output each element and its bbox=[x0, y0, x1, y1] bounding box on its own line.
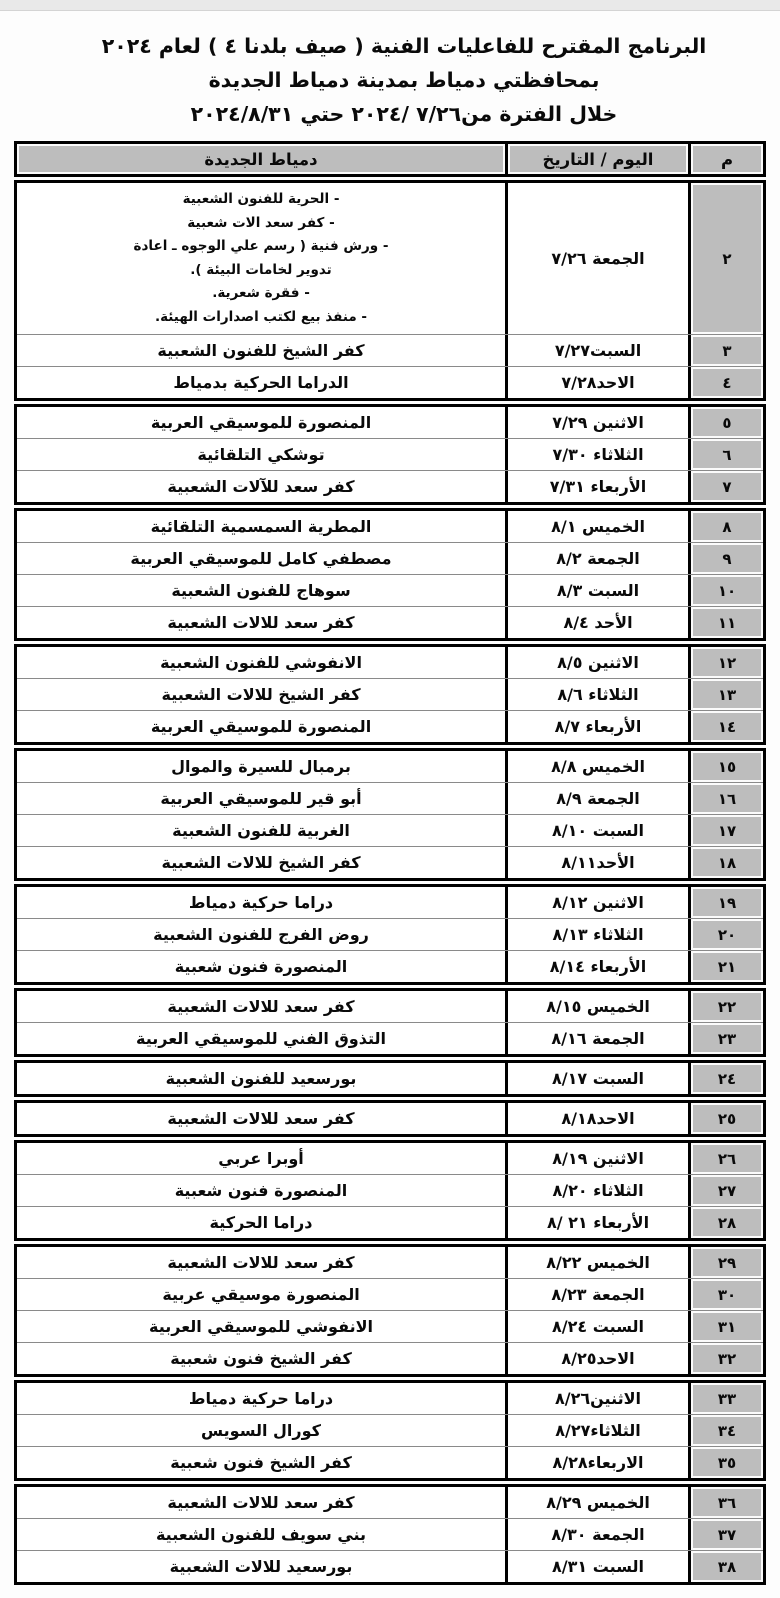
venue-cell: كفر سعد للالات الشعبية bbox=[17, 1103, 505, 1134]
table-row: ٢الجمعة ٧/٢٦- الحرية للفنون الشعبية- كفر… bbox=[17, 183, 763, 334]
row-number-cell: ١٩ bbox=[688, 887, 763, 918]
venue-text: كفر الشيخ للالات الشعبية bbox=[161, 685, 360, 704]
venue-text: كورال السويس bbox=[201, 1421, 321, 1440]
row-group: ٨الخميس ٨/١المطرية السمسمية التلقائية٩ال… bbox=[14, 508, 766, 641]
venue-text: التذوق الفني للموسيقي العربية bbox=[136, 1029, 386, 1048]
day-date-text: الجمعة ٨/١٦ bbox=[551, 1029, 644, 1048]
day-date-cell: الثلاثاء٨/٢٧ bbox=[505, 1415, 688, 1446]
day-date-text: الأربعاء ٨/٧ bbox=[555, 717, 642, 736]
day-date-text: الثلاثاء ٧/٣٠ bbox=[552, 445, 643, 464]
row-group: ٢٦الاثنين ٨/١٩أوبرا عربي٢٧الثلاثاء ٨/٢٠ا… bbox=[14, 1140, 766, 1241]
venue-cell: الانفوشي للموسيقي العربية bbox=[17, 1311, 505, 1342]
schedule-table: م اليوم / التاريخ دمياط الجديدة ٢الجمعة … bbox=[14, 141, 766, 1585]
venue-cell: الدراما الحركية بدمياط bbox=[17, 367, 505, 398]
venue-cell: كفر سعد للالات الشعبية bbox=[17, 1247, 505, 1278]
day-date-text: الجمعة ٨/٢ bbox=[556, 549, 639, 568]
row-number: ٨ bbox=[722, 518, 731, 536]
row-number-cell: ٢٨ bbox=[688, 1207, 763, 1238]
venue-cell: دراما حركية دمياط bbox=[17, 887, 505, 918]
venue-cell: برمبال للسيرة والموال bbox=[17, 751, 505, 782]
day-date-text: الاحد٨/٢٥ bbox=[561, 1349, 634, 1368]
row-number: ١١ bbox=[718, 614, 736, 632]
table-row: ٢٢الخميس ٨/١٥كفر سعد للالات الشعبية bbox=[17, 991, 763, 1022]
venue-cell: أوبرا عربي bbox=[17, 1143, 505, 1174]
table-row: ٢١الأربعاء ٨/١٤المنصورة فنون شعبية bbox=[17, 950, 763, 982]
row-number-cell: ٣٤ bbox=[688, 1415, 763, 1446]
venue-text: دراما حركية دمياط bbox=[189, 1389, 333, 1408]
day-date-cell: السبت ٨/١٠ bbox=[505, 815, 688, 846]
row-number: ٣٣ bbox=[718, 1390, 736, 1408]
venue-text: مصطفي كامل للموسيقي العربية bbox=[130, 549, 391, 568]
day-date-cell: الخميس ٨/٢٢ bbox=[505, 1247, 688, 1278]
row-number-cell: ٢٦ bbox=[688, 1143, 763, 1174]
table-header-row: م اليوم / التاريخ دمياط الجديدة bbox=[14, 141, 766, 177]
day-date-cell: الثلاثاء ٨/١٣ bbox=[505, 919, 688, 950]
row-number: ٢٥ bbox=[718, 1110, 736, 1128]
venue-text: دراما الحركية bbox=[210, 1213, 313, 1232]
venue-cell: المنصورة موسيقي عربية bbox=[17, 1279, 505, 1310]
day-date-text: الاثنين ٨/١٢ bbox=[552, 893, 644, 912]
venue-text: كفر سعد للالات الشعبية bbox=[167, 1493, 354, 1512]
table-row: ١٥الخميس ٨/٨برمبال للسيرة والموال bbox=[17, 751, 763, 782]
day-date-cell: الأحد٨/١١ bbox=[505, 847, 688, 878]
table-row: ٩الجمعة ٨/٢مصطفي كامل للموسيقي العربية bbox=[17, 542, 763, 574]
venue-cell: كفر سعد للالات الشعبية bbox=[17, 1487, 505, 1518]
table-row: ١٨الأحد٨/١١كفر الشيخ للالات الشعبية bbox=[17, 846, 763, 878]
day-date-cell: السبت ٨/٢٤ bbox=[505, 1311, 688, 1342]
row-number: ٣٧ bbox=[718, 1526, 736, 1544]
scan-top-strip bbox=[0, 0, 780, 11]
day-date-text: الثلاثاء ٨/٢٠ bbox=[552, 1181, 643, 1200]
header-venue-label: دمياط الجديدة bbox=[204, 150, 317, 169]
day-date-cell: السبت ٨/٣١ bbox=[505, 1551, 688, 1582]
venue-activity-line: - كفر سعد الات شعبية bbox=[21, 212, 501, 236]
day-date-cell: الاثنين٨/٢٦ bbox=[505, 1383, 688, 1414]
day-date-cell: الأربعاء ٨/١٤ bbox=[505, 951, 688, 982]
row-number: ٢٨ bbox=[718, 1214, 736, 1232]
venue-text: أوبرا عربي bbox=[218, 1149, 304, 1168]
row-number: ٢٧ bbox=[718, 1182, 736, 1200]
header-row: م اليوم / التاريخ دمياط الجديدة bbox=[17, 144, 763, 174]
row-number-cell: ١٣ bbox=[688, 679, 763, 710]
row-number: ٢٦ bbox=[718, 1150, 736, 1168]
row-number: ٣١ bbox=[718, 1318, 736, 1336]
header-day-date-label: اليوم / التاريخ bbox=[543, 150, 654, 169]
row-number-cell: ٩ bbox=[688, 543, 763, 574]
row-number-cell: ١٢ bbox=[688, 647, 763, 678]
document-title: البرنامج المقترح للفاعليات الفنية ( صيف … bbox=[84, 29, 724, 131]
row-number: ٢٠ bbox=[718, 926, 736, 944]
row-number: ١٩ bbox=[718, 894, 736, 912]
venue-cell: المنصورة فنون شعبية bbox=[17, 1175, 505, 1206]
venue-text: بني سويف للفنون الشعبية bbox=[156, 1525, 366, 1544]
row-number: ٢٢ bbox=[718, 998, 736, 1016]
venue-cell: كفر الشيخ للالات الشعبية bbox=[17, 679, 505, 710]
row-number: ١٣ bbox=[718, 686, 736, 704]
venue-cell: توشكي التلقائية bbox=[17, 439, 505, 470]
day-date-text: السبت٧/٢٧ bbox=[555, 341, 641, 360]
day-date-text: الاحد٨/١٨ bbox=[561, 1109, 634, 1128]
row-number-cell: ١٥ bbox=[688, 751, 763, 782]
row-group: ٥الاثنين ٧/٢٩المنصورة للموسيقي العربية٦ا… bbox=[14, 404, 766, 505]
venue-activity-line: تدوير لخامات البيئة ). bbox=[21, 259, 501, 283]
table-row: ٧الأربعاء ٧/٣١كفر سعد للآلات الشعبية bbox=[17, 470, 763, 502]
header-number-label: م bbox=[721, 150, 733, 169]
row-number-cell: ٥ bbox=[688, 407, 763, 438]
day-date-cell: الأربعاء ٧/٣١ bbox=[505, 471, 688, 502]
day-date-cell: الخميس ٨/١ bbox=[505, 511, 688, 542]
venue-text: كفر الشيخ للالات الشعبية bbox=[161, 853, 360, 872]
row-number-cell: ٣١ bbox=[688, 1311, 763, 1342]
venue-text: سوهاج للفنون الشعبية bbox=[171, 581, 350, 600]
row-number-cell: ٣٨ bbox=[688, 1551, 763, 1582]
day-date-text: السبت ٨/٢٤ bbox=[552, 1317, 644, 1336]
table-row: ٢٦الاثنين ٨/١٩أوبرا عربي bbox=[17, 1143, 763, 1174]
table-row: ٢٨الأربعاء ٢١ /٨دراما الحركية bbox=[17, 1206, 763, 1238]
row-number: ٣٠ bbox=[718, 1286, 736, 1304]
venue-cell: المنصورة فنون شعبية bbox=[17, 951, 505, 982]
row-number-cell: ٣ bbox=[688, 335, 763, 366]
venue-cell: كفر سعد للالات الشعبية bbox=[17, 991, 505, 1022]
day-date-text: الاثنين ٨/٥ bbox=[557, 653, 639, 672]
table-row: ١٤الأربعاء ٨/٧المنصورة للموسيقي العربية bbox=[17, 710, 763, 742]
venue-text: المنصورة فنون شعبية bbox=[175, 1181, 348, 1200]
venue-activity-line: - الحرية للفنون الشعبية bbox=[21, 188, 501, 212]
venue-cell: الغربية للفنون الشعبية bbox=[17, 815, 505, 846]
venue-cell: بورسعيد للفنون الشعبية bbox=[17, 1063, 505, 1094]
row-number-cell: ١١ bbox=[688, 607, 763, 638]
venue-cell: الانفوشي للفنون الشعبية bbox=[17, 647, 505, 678]
day-date-cell: الجمعة ٨/١٦ bbox=[505, 1023, 688, 1054]
header-cell-venue: دمياط الجديدة bbox=[17, 144, 505, 174]
row-group: ٢٢الخميس ٨/١٥كفر سعد للالات الشعبية٢٣الج… bbox=[14, 988, 766, 1057]
row-number: ٣٤ bbox=[718, 1422, 736, 1440]
table-row: ٣١السبت ٨/٢٤الانفوشي للموسيقي العربية bbox=[17, 1310, 763, 1342]
row-number-cell: ٢٠ bbox=[688, 919, 763, 950]
venue-text: الدراما الحركية بدمياط bbox=[173, 373, 348, 392]
header-cell-number: م bbox=[688, 144, 763, 174]
day-date-text: الجمعة ٧/٢٦ bbox=[551, 249, 644, 268]
table-row: ٣٧الجمعة ٨/٣٠بني سويف للفنون الشعبية bbox=[17, 1518, 763, 1550]
row-number-cell: ١٤ bbox=[688, 711, 763, 742]
day-date-text: الاحد٧/٢٨ bbox=[561, 373, 634, 392]
table-row: ٦الثلاثاء ٧/٣٠توشكي التلقائية bbox=[17, 438, 763, 470]
day-date-text: الثلاثاء ٨/٦ bbox=[557, 685, 638, 704]
title-line-3: خلال الفترة من٧/٢٦ /٢٠٢٤ حتي ٢٠٢٤/٨/٣١ bbox=[84, 97, 724, 131]
table-row: ٢٣الجمعة ٨/١٦التذوق الفني للموسيقي العرب… bbox=[17, 1022, 763, 1054]
row-number: ٣٦ bbox=[718, 1494, 736, 1512]
day-date-text: الاثنين ٨/١٩ bbox=[552, 1149, 644, 1168]
venue-cell: كفر الشيخ للفنون الشعبية bbox=[17, 335, 505, 366]
row-number-cell: ٣٢ bbox=[688, 1343, 763, 1374]
venue-cell: التذوق الفني للموسيقي العربية bbox=[17, 1023, 505, 1054]
venue-text: كفر سعد للالات الشعبية bbox=[167, 613, 354, 632]
day-date-text: الثلاثاء٨/٢٧ bbox=[555, 1421, 641, 1440]
venue-cell: أبو قير للموسيقي العربية bbox=[17, 783, 505, 814]
venue-cell: دراما الحركية bbox=[17, 1207, 505, 1238]
day-date-cell: الأربعاء ٢١ /٨ bbox=[505, 1207, 688, 1238]
row-number-cell: ٦ bbox=[688, 439, 763, 470]
row-number: ٢ bbox=[722, 250, 731, 268]
row-number: ١٤ bbox=[718, 718, 736, 736]
venue-cell: روض الفرج للفنون الشعبية bbox=[17, 919, 505, 950]
day-date-text: السبت ٨/٣ bbox=[557, 581, 639, 600]
row-group: ١٥الخميس ٨/٨برمبال للسيرة والموال١٦الجمع… bbox=[14, 748, 766, 881]
row-number-cell: ٣٧ bbox=[688, 1519, 763, 1550]
venue-text: بورسعيد للالات الشعبية bbox=[170, 1557, 353, 1576]
day-date-cell: الأحد ٨/٤ bbox=[505, 607, 688, 638]
table-row: ٢٠الثلاثاء ٨/١٣روض الفرج للفنون الشعبية bbox=[17, 918, 763, 950]
venue-text: المنصورة فنون شعبية bbox=[175, 957, 348, 976]
table-row: ٣٥الاربعاء٨/٢٨كفر الشيخ فنون شعبية bbox=[17, 1446, 763, 1478]
row-number-cell: ٣٠ bbox=[688, 1279, 763, 1310]
row-number-cell: ٣٦ bbox=[688, 1487, 763, 1518]
venue-cell: سوهاج للفنون الشعبية bbox=[17, 575, 505, 606]
day-date-text: الجمعة ٨/٢٣ bbox=[551, 1285, 644, 1304]
row-number-cell: ٢٥ bbox=[688, 1103, 763, 1134]
venue-cell: كورال السويس bbox=[17, 1415, 505, 1446]
day-date-cell: الاثنين ٨/١٢ bbox=[505, 887, 688, 918]
row-number: ٢٤ bbox=[718, 1070, 736, 1088]
venue-text: الانفوشي للموسيقي العربية bbox=[149, 1317, 373, 1336]
header-cell-day-date: اليوم / التاريخ bbox=[505, 144, 688, 174]
day-date-text: الخميس ٨/١ bbox=[551, 517, 645, 536]
day-date-cell: الجمعة ٨/٩ bbox=[505, 783, 688, 814]
table-row: ٣٢الاحد٨/٢٥كفر الشيخ فنون شعبية bbox=[17, 1342, 763, 1374]
row-number: ١٨ bbox=[718, 854, 736, 872]
table-row: ٥الاثنين ٧/٢٩المنصورة للموسيقي العربية bbox=[17, 407, 763, 438]
day-date-text: السبت ٨/١٠ bbox=[552, 821, 644, 840]
day-date-cell: الاحد٨/١٨ bbox=[505, 1103, 688, 1134]
table-row: ١٦الجمعة ٨/٩أبو قير للموسيقي العربية bbox=[17, 782, 763, 814]
day-date-text: الأربعاء ٢١ /٨ bbox=[547, 1213, 649, 1232]
row-group: ١٩الاثنين ٨/١٢دراما حركية دمياط٢٠الثلاثا… bbox=[14, 884, 766, 985]
table-row: ٣٨السبت ٨/٣١بورسعيد للالات الشعبية bbox=[17, 1550, 763, 1582]
venue-cell: المنصورة للموسيقي العربية bbox=[17, 407, 505, 438]
venue-text: المنصورة للموسيقي العربية bbox=[151, 717, 371, 736]
row-number: ١٢ bbox=[718, 654, 736, 672]
table-row: ٣٠الجمعة ٨/٢٣المنصورة موسيقي عربية bbox=[17, 1278, 763, 1310]
table-row: ٨الخميس ٨/١المطرية السمسمية التلقائية bbox=[17, 511, 763, 542]
day-date-cell: الجمعة ٨/٢ bbox=[505, 543, 688, 574]
day-date-text: الخميس ٨/٢٢ bbox=[546, 1253, 650, 1272]
venue-text: كفر الشيخ فنون شعبية bbox=[170, 1349, 352, 1368]
table-row: ٣٦الخميس ٨/٢٩كفر سعد للالات الشعبية bbox=[17, 1487, 763, 1518]
day-date-text: الاثنين٨/٢٦ bbox=[555, 1389, 641, 1408]
row-number-cell: ١٦ bbox=[688, 783, 763, 814]
table-row: ٤الاحد٧/٢٨الدراما الحركية بدمياط bbox=[17, 366, 763, 398]
row-number-cell: ٢٣ bbox=[688, 1023, 763, 1054]
venue-activity-line: - ورش فنية ( رسم علي الوجوه ـ اعادة bbox=[21, 235, 501, 259]
day-date-text: الاربعاء٨/٢٨ bbox=[553, 1453, 644, 1472]
row-number-cell: ٤ bbox=[688, 367, 763, 398]
table-row: ٢٥الاحد٨/١٨كفر سعد للالات الشعبية bbox=[17, 1103, 763, 1134]
row-number: ٢٩ bbox=[718, 1254, 736, 1272]
day-date-cell: الثلاثاء ٨/٦ bbox=[505, 679, 688, 710]
day-date-cell: الاحد٨/٢٥ bbox=[505, 1343, 688, 1374]
row-group: ٣٣الاثنين٨/٢٦دراما حركية دمياط٣٤الثلاثاء… bbox=[14, 1380, 766, 1481]
venue-text: الغربية للفنون الشعبية bbox=[172, 821, 350, 840]
row-number-cell: ١٠ bbox=[688, 575, 763, 606]
day-date-text: الثلاثاء ٨/١٣ bbox=[552, 925, 643, 944]
title-line-2: بمحافظتي دمياط بمدينة دمياط الجديدة bbox=[84, 63, 724, 97]
row-number: ٣٢ bbox=[718, 1350, 736, 1368]
day-date-text: الأحد ٨/٤ bbox=[563, 613, 632, 632]
row-number: ٧ bbox=[722, 478, 731, 496]
venue-cell: كفر الشيخ فنون شعبية bbox=[17, 1343, 505, 1374]
venue-text: كفر سعد للالات الشعبية bbox=[167, 1253, 354, 1272]
day-date-cell: الجمعة ٨/٣٠ bbox=[505, 1519, 688, 1550]
row-number-cell: ٢١ bbox=[688, 951, 763, 982]
table-body-groups: ٢الجمعة ٧/٢٦- الحرية للفنون الشعبية- كفر… bbox=[14, 180, 766, 1585]
row-group: ٢٤السبت ٨/١٧بورسعيد للفنون الشعبية bbox=[14, 1060, 766, 1097]
row-number: ٣ bbox=[722, 342, 731, 360]
venue-cell: كفر سعد للآلات الشعبية bbox=[17, 471, 505, 502]
venue-text: برمبال للسيرة والموال bbox=[171, 757, 351, 776]
day-date-cell: الاحد٧/٢٨ bbox=[505, 367, 688, 398]
table-row: ٣السبت٧/٢٧كفر الشيخ للفنون الشعبية bbox=[17, 334, 763, 366]
row-group: ٢الجمعة ٧/٢٦- الحرية للفنون الشعبية- كفر… bbox=[14, 180, 766, 401]
row-number: ٤ bbox=[722, 374, 731, 392]
venue-text: بورسعيد للفنون الشعبية bbox=[166, 1069, 357, 1088]
table-row: ٣٤الثلاثاء٨/٢٧كورال السويس bbox=[17, 1414, 763, 1446]
row-number: ١٧ bbox=[718, 822, 736, 840]
row-number-cell: ٧ bbox=[688, 471, 763, 502]
venue-text: روض الفرج للفنون الشعبية bbox=[153, 925, 369, 944]
day-date-cell: الاثنين ٨/٥ bbox=[505, 647, 688, 678]
venue-activity-line: - فقرة شعرية. bbox=[21, 282, 501, 306]
table-row: ١٩الاثنين ٨/١٢دراما حركية دمياط bbox=[17, 887, 763, 918]
day-date-cell: السبت ٨/٣ bbox=[505, 575, 688, 606]
day-date-text: السبت ٨/١٧ bbox=[552, 1069, 644, 1088]
row-number-cell: ٨ bbox=[688, 511, 763, 542]
venue-text: كفر سعد للالات الشعبية bbox=[167, 997, 354, 1016]
row-number: ٢١ bbox=[718, 958, 736, 976]
venue-cell: كفر سعد للالات الشعبية bbox=[17, 607, 505, 638]
table-row: ١٢الاثنين ٨/٥الانفوشي للفنون الشعبية bbox=[17, 647, 763, 678]
title-line-1: البرنامج المقترح للفاعليات الفنية ( صيف … bbox=[84, 29, 724, 63]
venue-activity-list: - الحرية للفنون الشعبية- كفر سعد الات شع… bbox=[21, 184, 501, 333]
day-date-text: الجمعة ٨/٣٠ bbox=[551, 1525, 644, 1544]
row-group: ٢٩الخميس ٨/٢٢كفر سعد للالات الشعبية٣٠الج… bbox=[14, 1244, 766, 1377]
venue-cell: بورسعيد للالات الشعبية bbox=[17, 1551, 505, 1582]
day-date-cell: الخميس ٨/١٥ bbox=[505, 991, 688, 1022]
venue-text: توشكي التلقائية bbox=[197, 445, 324, 464]
table-row: ١١الأحد ٨/٤كفر سعد للالات الشعبية bbox=[17, 606, 763, 638]
row-number: ٢٣ bbox=[718, 1030, 736, 1048]
day-date-cell: الجمعة ٧/٢٦ bbox=[505, 183, 688, 334]
row-number: ٣٥ bbox=[718, 1454, 736, 1472]
venue-cell: كفر الشيخ فنون شعبية bbox=[17, 1447, 505, 1478]
row-number-cell: ٢ bbox=[688, 183, 763, 334]
row-number: ١٠ bbox=[718, 582, 736, 600]
venue-text: أبو قير للموسيقي العربية bbox=[160, 789, 361, 808]
table-row: ١٧السبت ٨/١٠الغربية للفنون الشعبية bbox=[17, 814, 763, 846]
table-row: ٢٩الخميس ٨/٢٢كفر سعد للالات الشعبية bbox=[17, 1247, 763, 1278]
table-row: ١٣الثلاثاء ٨/٦كفر الشيخ للالات الشعبية bbox=[17, 678, 763, 710]
table-row: ٢٧الثلاثاء ٨/٢٠المنصورة فنون شعبية bbox=[17, 1174, 763, 1206]
venue-text: المطرية السمسمية التلقائية bbox=[151, 517, 372, 536]
day-date-text: الاثنين ٧/٢٩ bbox=[552, 413, 644, 432]
venue-cell: المطرية السمسمية التلقائية bbox=[17, 511, 505, 542]
day-date-cell: الثلاثاء ٧/٣٠ bbox=[505, 439, 688, 470]
table-row: ٣٣الاثنين٨/٢٦دراما حركية دمياط bbox=[17, 1383, 763, 1414]
day-date-cell: السبت٧/٢٧ bbox=[505, 335, 688, 366]
table-row: ١٠السبت ٨/٣سوهاج للفنون الشعبية bbox=[17, 574, 763, 606]
venue-cell: المنصورة للموسيقي العربية bbox=[17, 711, 505, 742]
venue-cell: مصطفي كامل للموسيقي العربية bbox=[17, 543, 505, 574]
row-group: ١٢الاثنين ٨/٥الانفوشي للفنون الشعبية١٣ال… bbox=[14, 644, 766, 745]
venue-text: دراما حركية دمياط bbox=[189, 893, 333, 912]
row-number: ٦ bbox=[722, 446, 731, 464]
day-date-cell: الثلاثاء ٨/٢٠ bbox=[505, 1175, 688, 1206]
venue-text: المنصورة موسيقي عربية bbox=[162, 1285, 359, 1304]
day-date-text: الجمعة ٨/٩ bbox=[556, 789, 639, 808]
day-date-cell: الجمعة ٨/٢٣ bbox=[505, 1279, 688, 1310]
row-number: ٥ bbox=[722, 414, 731, 432]
venue-text: المنصورة للموسيقي العربية bbox=[151, 413, 371, 432]
row-number: ١٥ bbox=[718, 758, 736, 776]
venue-text: كفر الشيخ فنون شعبية bbox=[170, 1453, 352, 1472]
venue-cell: - الحرية للفنون الشعبية- كفر سعد الات شع… bbox=[17, 183, 505, 334]
row-number: ٩ bbox=[722, 550, 731, 568]
row-number-cell: ٢٢ bbox=[688, 991, 763, 1022]
venue-activity-line: - منفذ بيع لكتب اصدارات الهيئة. bbox=[21, 306, 501, 330]
venue-cell: دراما حركية دمياط bbox=[17, 1383, 505, 1414]
row-number-cell: ١٨ bbox=[688, 847, 763, 878]
row-number: ١٦ bbox=[718, 790, 736, 808]
row-number-cell: ٢٩ bbox=[688, 1247, 763, 1278]
day-date-cell: الاثنين ٧/٢٩ bbox=[505, 407, 688, 438]
day-date-text: الأربعاء ٨/١٤ bbox=[550, 957, 647, 976]
row-number-cell: ٣٣ bbox=[688, 1383, 763, 1414]
row-group: ٣٦الخميس ٨/٢٩كفر سعد للالات الشعبية٣٧الج… bbox=[14, 1484, 766, 1585]
row-group: ٢٥الاحد٨/١٨كفر سعد للالات الشعبية bbox=[14, 1100, 766, 1137]
day-date-cell: السبت ٨/١٧ bbox=[505, 1063, 688, 1094]
scanned-document-page: البرنامج المقترح للفاعليات الفنية ( صيف … bbox=[0, 0, 780, 1585]
day-date-cell: الخميس ٨/٢٩ bbox=[505, 1487, 688, 1518]
venue-text: كفر سعد للالات الشعبية bbox=[167, 1109, 354, 1128]
row-number-cell: ٢٧ bbox=[688, 1175, 763, 1206]
day-date-text: الأحد٨/١١ bbox=[561, 853, 634, 872]
day-date-text: الخميس ٨/١٥ bbox=[546, 997, 650, 1016]
row-number: ٣٨ bbox=[718, 1558, 736, 1576]
day-date-text: السبت ٨/٣١ bbox=[552, 1557, 644, 1576]
venue-text: الانفوشي للفنون الشعبية bbox=[160, 653, 362, 672]
day-date-text: الأربعاء ٧/٣١ bbox=[550, 477, 647, 496]
venue-text: كفر الشيخ للفنون الشعبية bbox=[157, 341, 364, 360]
row-number-cell: ٣٥ bbox=[688, 1447, 763, 1478]
table-row: ٢٤السبت ٨/١٧بورسعيد للفنون الشعبية bbox=[17, 1063, 763, 1094]
venue-cell: بني سويف للفنون الشعبية bbox=[17, 1519, 505, 1550]
row-number-cell: ١٧ bbox=[688, 815, 763, 846]
row-number-cell: ٢٤ bbox=[688, 1063, 763, 1094]
day-date-text: الخميس ٨/٨ bbox=[551, 757, 645, 776]
day-date-cell: الاربعاء٨/٢٨ bbox=[505, 1447, 688, 1478]
venue-cell: كفر الشيخ للالات الشعبية bbox=[17, 847, 505, 878]
day-date-text: الخميس ٨/٢٩ bbox=[546, 1493, 650, 1512]
day-date-cell: الخميس ٨/٨ bbox=[505, 751, 688, 782]
venue-text: كفر سعد للآلات الشعبية bbox=[167, 477, 354, 496]
day-date-cell: الاثنين ٨/١٩ bbox=[505, 1143, 688, 1174]
day-date-cell: الأربعاء ٨/٧ bbox=[505, 711, 688, 742]
